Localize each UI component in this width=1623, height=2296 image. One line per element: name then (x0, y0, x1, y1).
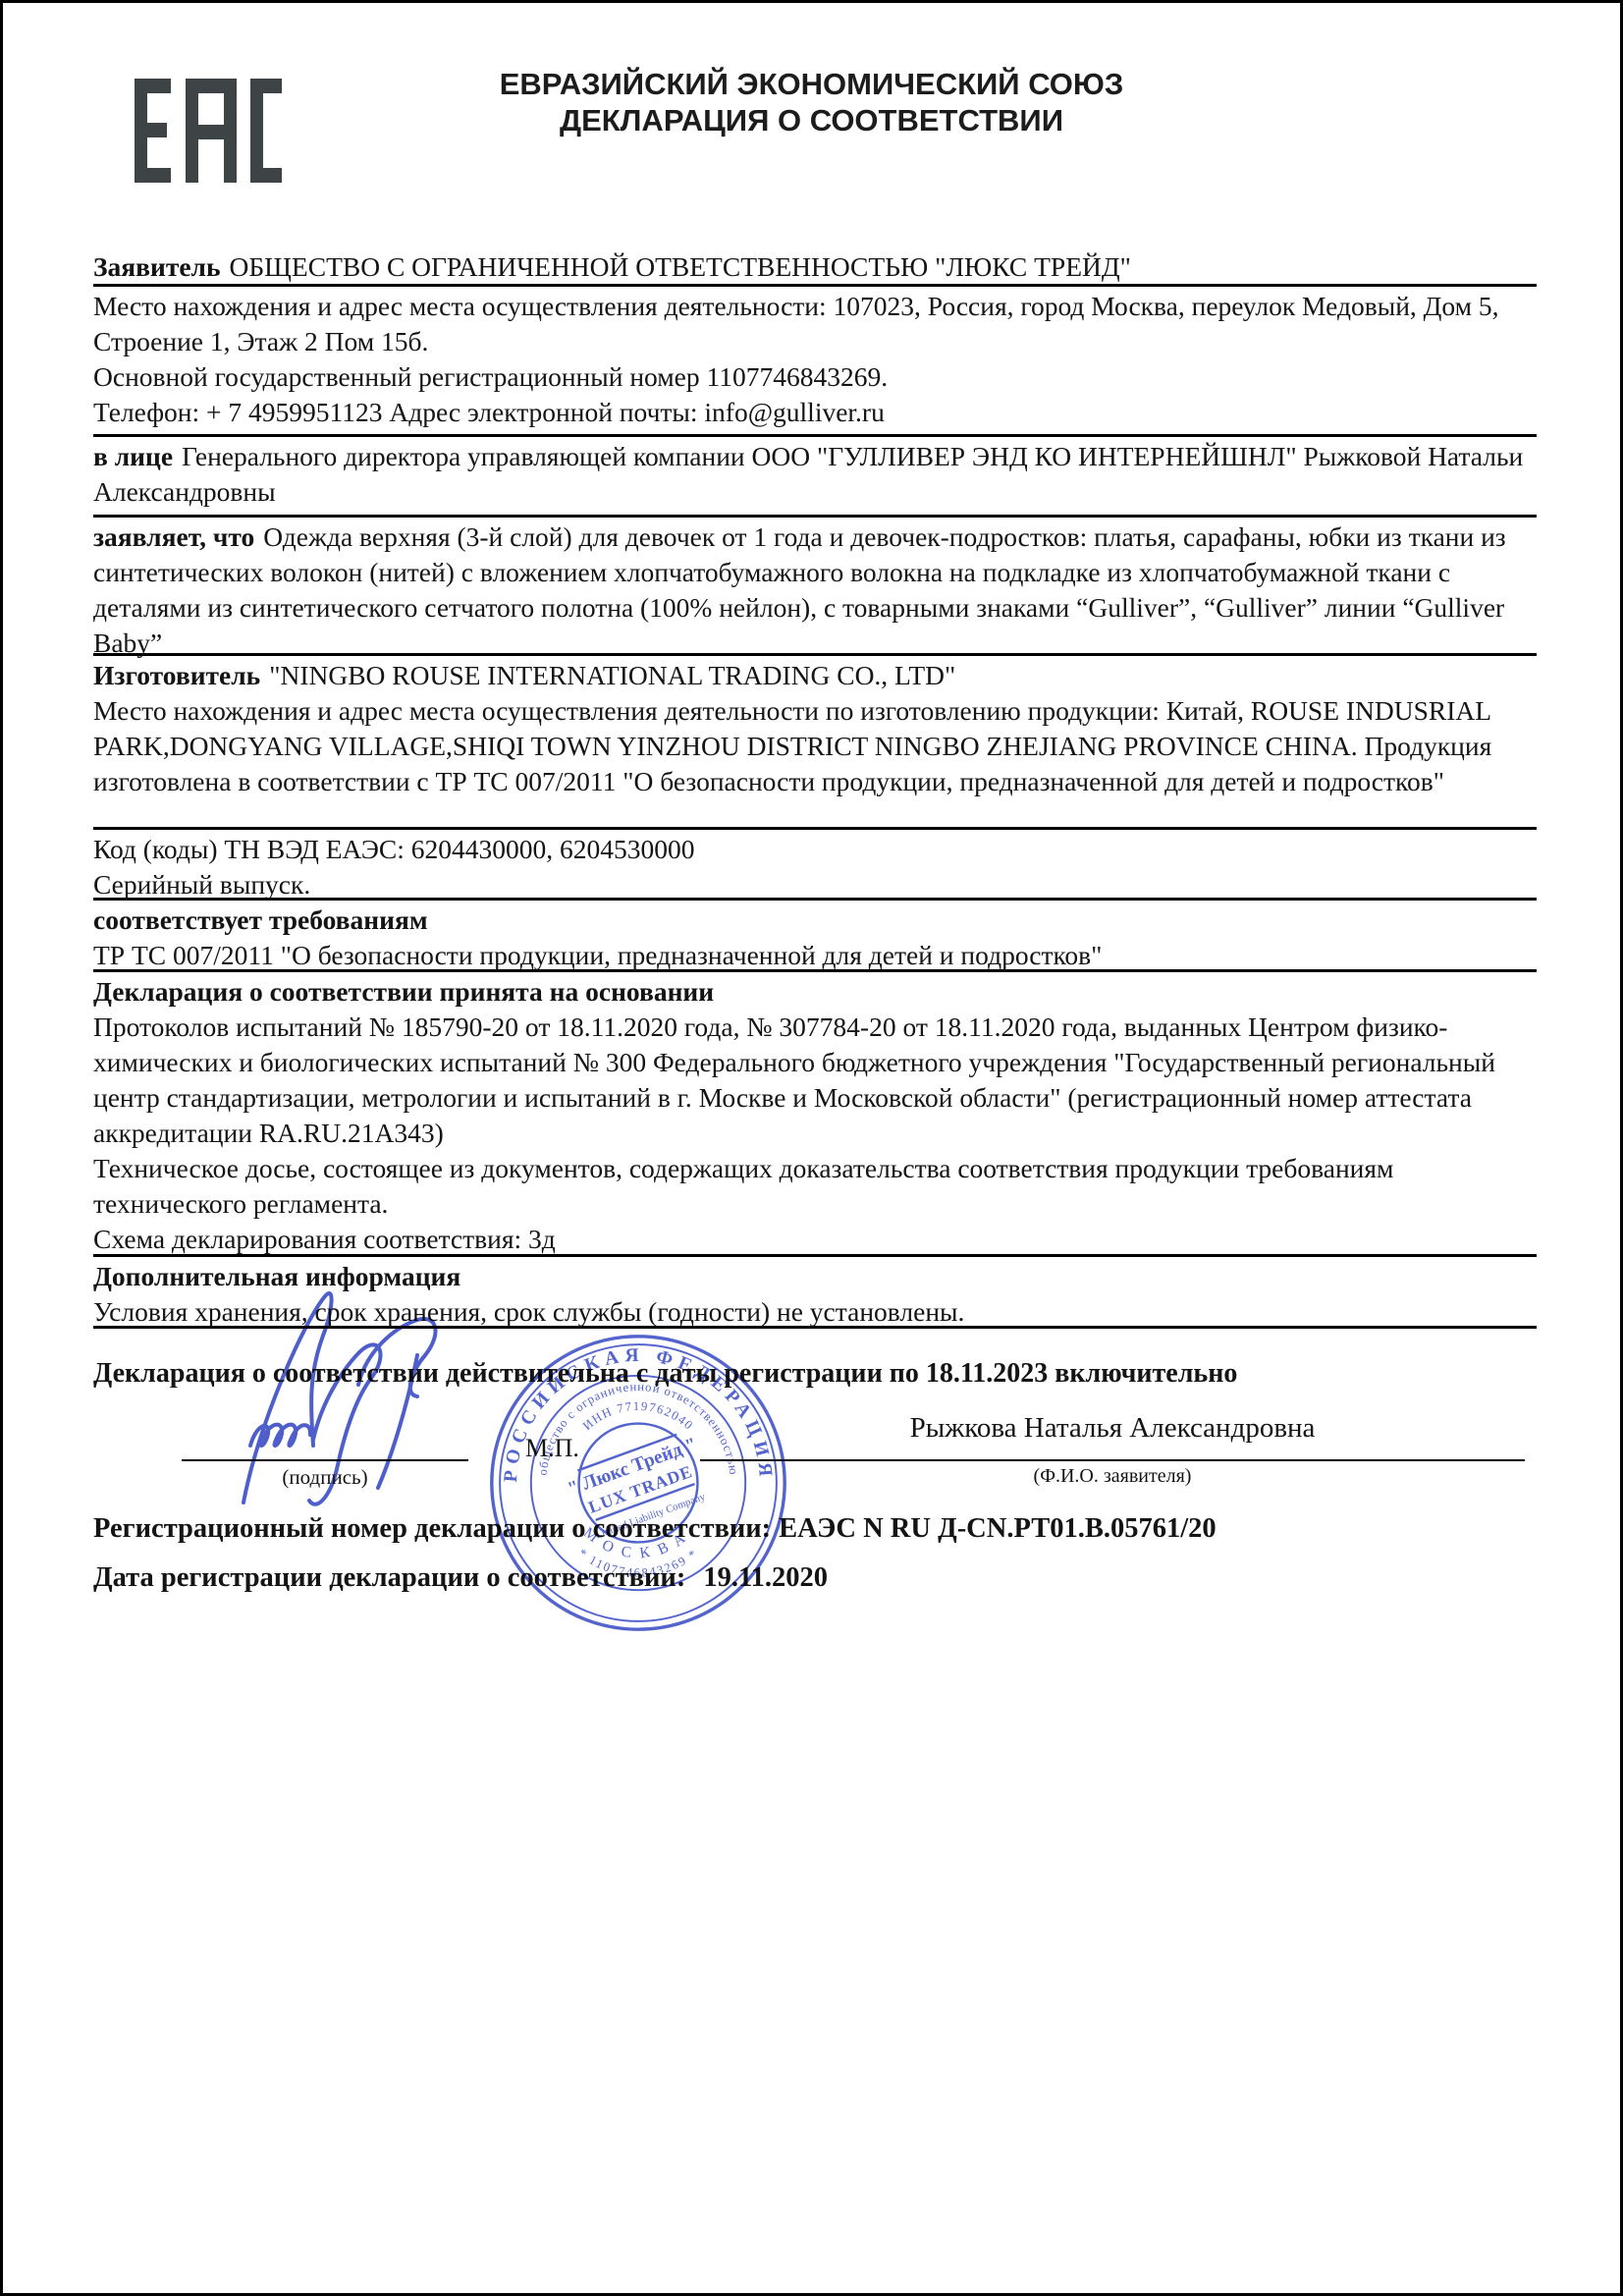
serial-release: Серийный выпуск. (93, 867, 1537, 902)
complies-regulation: ТР ТС 007/2011 "О безопасности продукции… (93, 938, 1537, 973)
tnved-codes: Код (коды) ТН ВЭД ЕАЭС: 6204430000, 6204… (93, 832, 1537, 867)
complies-label: соответствует требованиям (93, 902, 1537, 938)
section-applicant-details: Место нахождения и адрес места осуществл… (93, 287, 1537, 437)
registration-number-value: ЕАЭС N RU Д-CN.РТ01.В.05761/20 (779, 1513, 1217, 1544)
manufacturer-name: "NINGBO ROUSE INTERNATIONAL TRADING CO.,… (269, 660, 955, 690)
fio-caption: (Ф.И.О. заявителя) (700, 1465, 1525, 1488)
signature-line (182, 1459, 468, 1461)
applicant-fio: Рыжкова Наталья Александровна (700, 1412, 1525, 1445)
section-represented-by: в лицеГенерального директора управляющей… (93, 437, 1537, 518)
section-tnved: Код (коды) ТН ВЭД ЕАЭС: 6204430000, 6204… (93, 830, 1537, 901)
applicant-address: Место нахождения и адрес места осуществл… (93, 289, 1537, 359)
section-manufacturer: Изготовитель"NINGBO ROUSE INTERNATIONAL … (93, 656, 1537, 830)
fio-line (700, 1459, 1525, 1461)
manufacturer-address: Место нахождения и адрес места осуществл… (93, 693, 1537, 799)
registration-number-row: Регистрационный номер декларации о соотв… (93, 1513, 1537, 1545)
signature-caption: (подпись) (182, 1465, 468, 1490)
declaration-document: ЕВРАЗИЙСКИЙ ЭКОНОМИЧЕСКИЙ СОЮЗ ДЕКЛАРАЦИ… (0, 0, 1623, 2296)
person-name: Генерального директора управляющей компа… (93, 441, 1523, 507)
basis-protocols: Протоколов испытаний № 185790-20 от 18.1… (93, 1010, 1537, 1151)
registration-date-row: Дата регистрации декларации о соответств… (93, 1562, 1537, 1594)
section-declares: заявляет, чтоОдежда верхняя (3-й слой) д… (93, 518, 1537, 656)
section-applicant: ЗаявительОБЩЕСТВО С ОГРАНИЧЕННОЙ ОТВЕТСТ… (93, 247, 1537, 287)
basis-scheme: Схема декларирования соответствия: 3д (93, 1222, 1537, 1257)
basis-label: Декларация о соответствии принята на осн… (93, 974, 1537, 1010)
document-title-declaration: ДЕКЛАРАЦИЯ О СООТВЕТСТВИИ (0, 103, 1623, 138)
manufacturer-label: Изготовитель (93, 660, 260, 690)
applicant-label: Заявитель (93, 251, 221, 282)
section-complies: соответствует требованиям ТР ТС 007/2011… (93, 901, 1537, 972)
declares-label: заявляет, что (93, 521, 254, 552)
person-label: в лице (93, 441, 173, 471)
applicant-name: ОБЩЕСТВО С ОГРАНИЧЕННОЙ ОТВЕТСТВЕННОСТЬЮ… (230, 251, 1131, 282)
stamp-center-group: " Люкс Трейд " LUX TRADE Limited Liabili… (563, 1428, 716, 1545)
declaration-body: ЗаявительОБЩЕСТВО С ОГРАНИЧЕННОЙ ОТВЕТСТ… (93, 247, 1537, 1329)
svg-text:ИНН 7719762040: ИНН 7719762040 (580, 1399, 696, 1433)
basis-dossier: Техническое досье, состоящее из документ… (93, 1151, 1537, 1222)
section-basis: Декларация о соответствии принята на осн… (93, 972, 1537, 1257)
product-description: Одежда верхняя (3-й слой) для девочек от… (93, 521, 1506, 658)
applicant-ogrn: Основной государственный регистрационный… (93, 359, 1537, 395)
document-title-union: ЕВРАЗИЙСКИЙ ЭКОНОМИЧЕСКИЙ СОЮЗ (0, 67, 1623, 102)
company-round-stamp: РОССИЙСКАЯ ФЕДЕРАЦИЯ общество с ограниче… (485, 1330, 791, 1636)
applicant-contacts: Телефон: + 7 4959951123 Адрес электронно… (93, 395, 1537, 430)
stamp-inn-text: ИНН 7719762040 (580, 1399, 696, 1433)
